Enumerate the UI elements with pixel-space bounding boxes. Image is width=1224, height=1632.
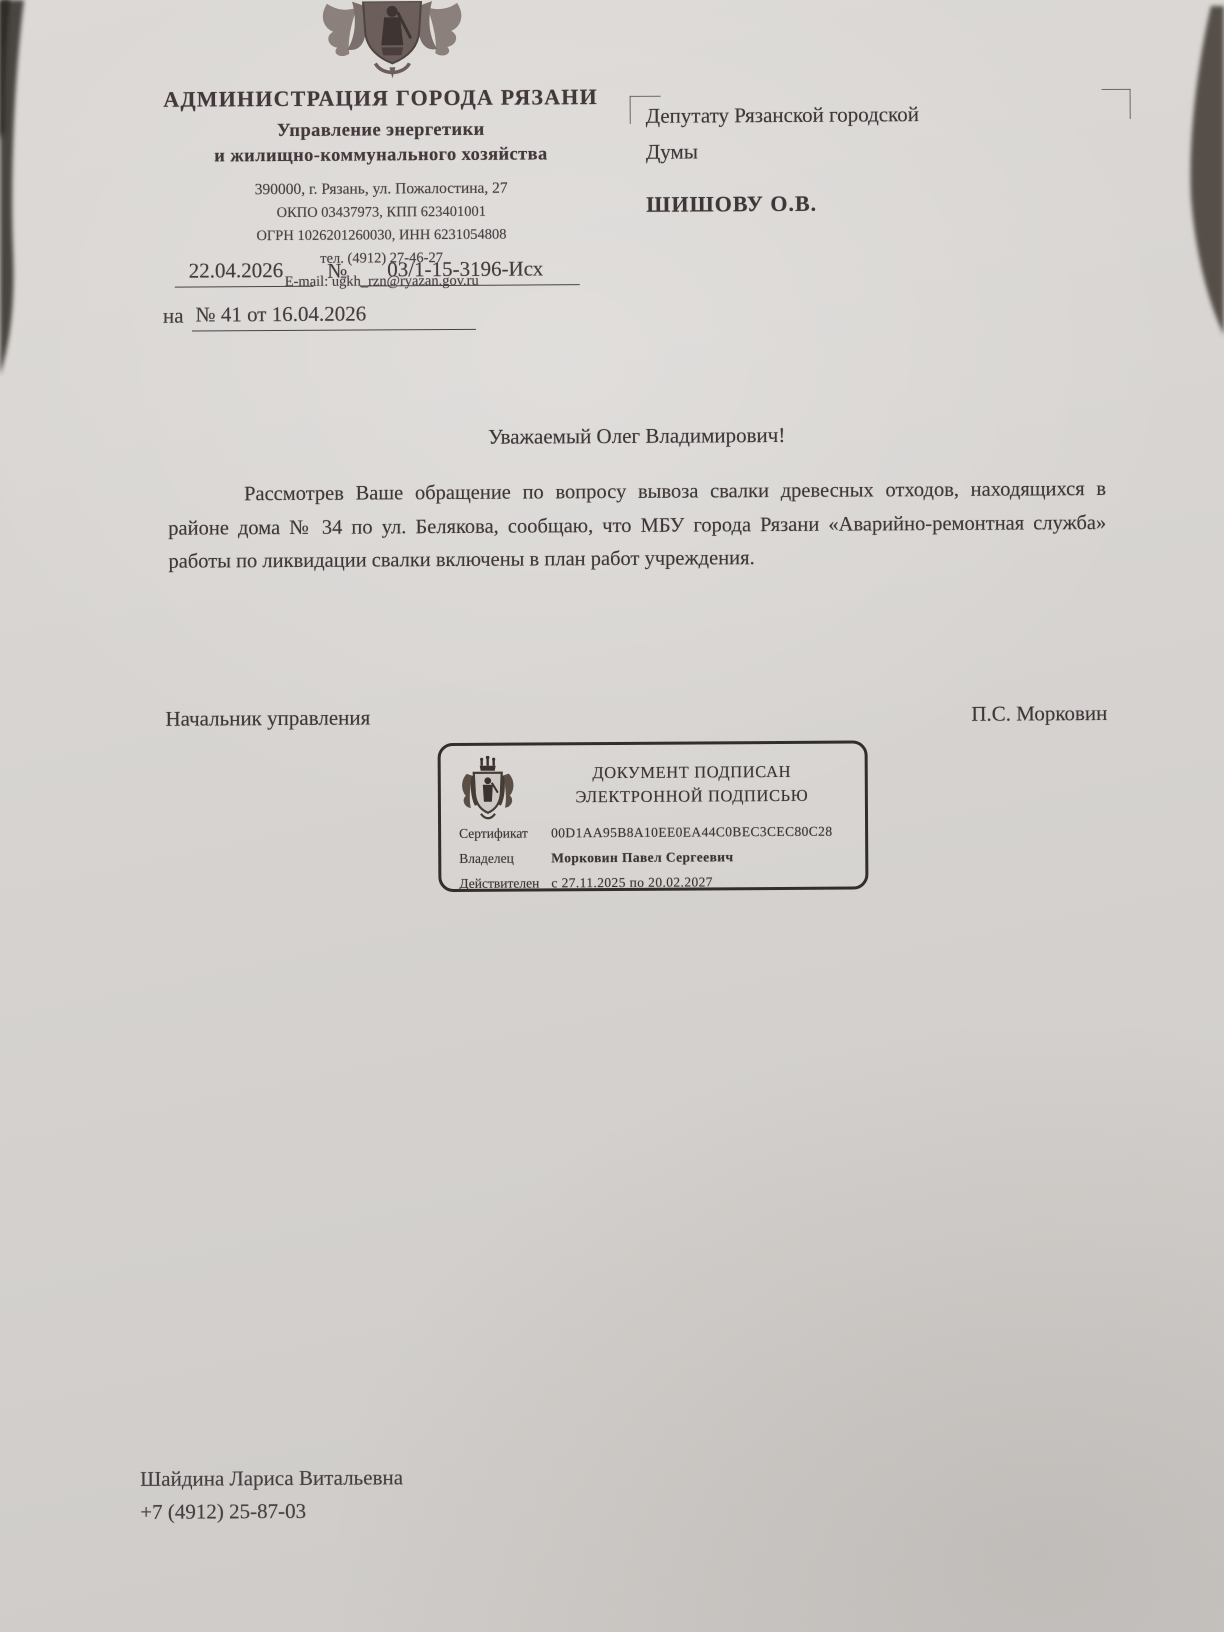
stamp-certificate-row: Сертификат 00D1AA95B8A10EE0EA44C0BEC3CEC… [459,824,855,842]
document-number: 03/1-15-3196-Исх [359,256,579,286]
page-corner-mark [1102,89,1131,119]
stamp-title: ДОКУМЕНТ ПОДПИСАН ЭЛЕКТРОННОЙ ПОДПИСЬЮ [527,760,857,810]
validity-value: с 27.11.2025 по 20.02.2027 [551,874,713,891]
number-sign: № [327,259,347,284]
executor-contact: Шайдина Лариса Витальевна +7 (4912) 25-8… [140,1461,403,1529]
stamp-title-line1: ДОКУМЕНТ ПОДПИСАН [527,760,857,786]
stamp-emblem-icon [457,756,519,822]
org-ogrn-inn: ОГРН 1026201260030, ИНН 6231054808 [144,226,618,246]
org-name: АДМИНИСТРАЦИЯ ГОРОДА РЯЗАНИ [144,84,618,113]
executor-name: Шайдина Лариса Витальевна [140,1461,403,1496]
salutation: Уважаемый Олег Владимирович! [168,421,1106,452]
recipient-line2: Думы [646,131,1046,169]
document-date: 22.04.2026 [175,258,314,288]
signer-name: П.С. Морковин [971,701,1107,727]
stamp-details: Сертификат 00D1AA95B8A10EE0EA44C0BEC3CEC… [459,824,855,901]
recipient-line1: Депутату Рязанской городской [646,95,1046,133]
stamp-owner-row: Владелец Морковин Павел Сергеевич [459,849,855,867]
validity-label: Действителен [459,875,551,892]
body-paragraph: Рассмотрев Ваше обращение по вопросу выв… [168,473,1107,579]
stamp-validity-row: Действителен с 27.11.2025 по 20.02.2027 [459,874,855,892]
org-okpo-kpp: ОКПО 03437973, КПП 623401001 [144,203,618,223]
stamp-title-line2: ЭЛЕКТРОННОЙ ПОДПИСЬЮ [527,784,857,810]
signer-position: Начальник управления [165,705,370,731]
reference-line: на № 41 от 16.04.2026 [163,301,476,332]
coat-of-arms-icon [297,1,487,80]
dept-line2: и жилищно-коммунального хозяйства [144,144,618,168]
electronic-signature-stamp: ДОКУМЕНТ ПОДПИСАН ЭЛЕКТРОННОЙ ПОДПИСЬЮ С… [438,740,869,892]
reference-value: № 41 от 16.04.2026 [191,301,476,332]
letter-content: АДМИНИСТРАЦИЯ ГОРОДА РЯЗАНИ Управление э… [0,0,1224,1632]
signature-row: Начальник управления П.С. Морковин [165,701,1107,732]
org-address: 390000, г. Рязань, ул. Пожалостина, 27 [144,179,618,200]
owner-label: Владелец [459,850,551,867]
recipient-block: Депутату Рязанской городской Думы [646,95,1046,169]
dept-line1: Управление энергетики [144,119,618,143]
executor-phone: +7 (4912) 25-87-03 [140,1494,403,1529]
owner-value: Морковин Павел Сергеевич [551,849,733,866]
recipient-name: ШИШОВУ О.В. [646,191,817,218]
reference-prefix: на [163,304,184,332]
document-photo: АДМИНИСТРАЦИЯ ГОРОДА РЯЗАНИ Управление э… [0,0,1224,1632]
certificate-value: 00D1AA95B8A10EE0EA44C0BEC3CEC80C28 [551,824,832,842]
date-number-row: 22.04.2026 № 03/1-15-3196-Исх [175,256,580,287]
certificate-label: Сертификат [459,825,551,842]
